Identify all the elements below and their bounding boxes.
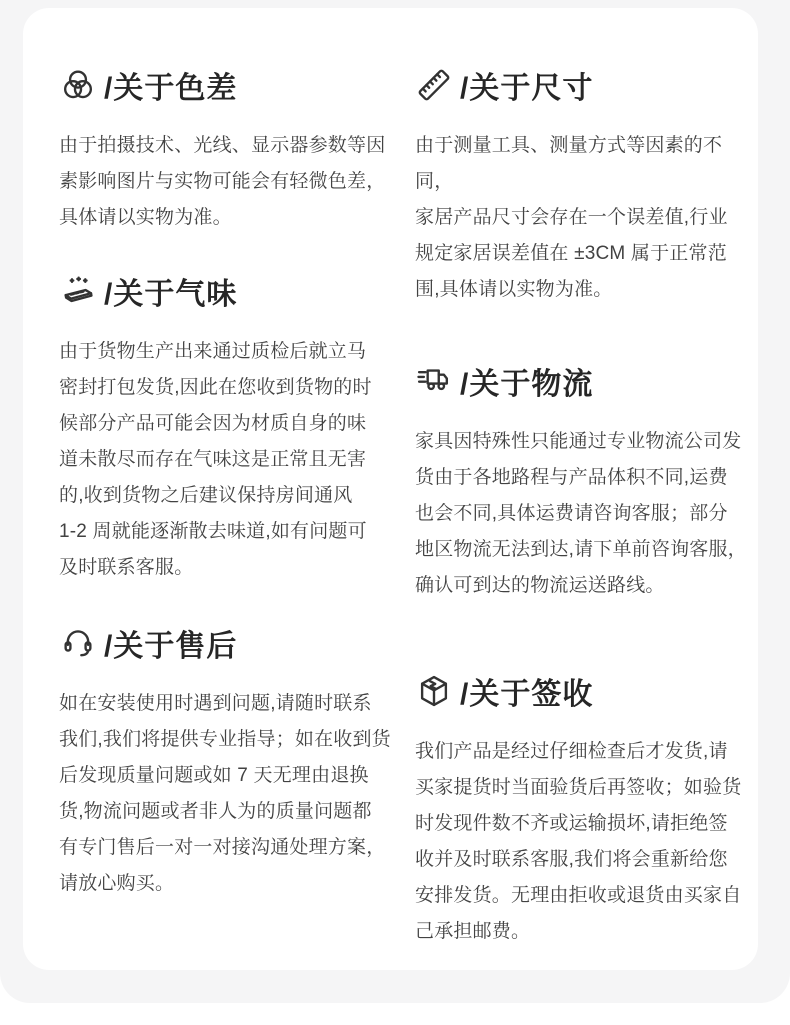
section-body: 如在安装使用时遇到问题,请随时联系 我们,我们将提供专业指导；如在收到货 后发现…	[59, 686, 415, 902]
section-body: 家具因特殊性只能通过专业物流公司发 货由于各地路程与产品体积不同,运费 也会不同…	[415, 424, 758, 604]
section-title: /关于签收	[460, 669, 593, 713]
section-smell-header: /关于气味	[59, 270, 415, 312]
right-column: /关于尺寸 由于测量工具、测量方式等因素的不同， 家居产品尺寸会存在一个误差值,…	[415, 64, 758, 970]
delivery-truck-icon	[415, 362, 453, 400]
section-after-sale: /关于售后 如在安装使用时遇到问题,请随时联系 我们,我们将提供专业指导；如在收…	[59, 622, 415, 902]
section-size: /关于尺寸 由于测量工具、测量方式等因素的不同， 家居产品尺寸会存在一个误差值,…	[415, 64, 758, 308]
faq-panel: /关于色差 由于拍摄技术、光线、显示器参数等因 素影响图片与实物可能会有轻微色差…	[0, 0, 790, 1003]
section-color-difference: /关于色差 由于拍摄技术、光线、显示器参数等因 素影响图片与实物可能会有轻微色差…	[59, 64, 415, 236]
section-body: 由于测量工具、测量方式等因素的不同， 家居产品尺寸会存在一个误差值,行业 规定家…	[415, 128, 758, 308]
section-logistics-header: /关于物流	[415, 360, 758, 402]
section-title: /关于售后	[104, 621, 237, 665]
section-title: /关于气味	[104, 269, 237, 313]
section-receipt-header: /关于签收	[415, 670, 758, 712]
section-after-sale-header: /关于售后	[59, 622, 415, 664]
section-size-header: /关于尺寸	[415, 64, 758, 106]
headset-icon	[59, 624, 97, 662]
color-circles-icon	[59, 66, 97, 104]
odor-mat-icon	[59, 272, 97, 310]
section-logistics: /关于物流 家具因特殊性只能通过专业物流公司发 货由于各地路程与产品体积不同,运…	[415, 360, 758, 604]
section-body: 由于货物生产出来通过质检后就立马 密封打包发货,因此在您收到货物的时 候部分产品…	[59, 334, 415, 586]
section-body: 由于拍摄技术、光线、显示器参数等因 素影响图片与实物可能会有轻微色差， 具体请以…	[59, 128, 415, 236]
left-column: /关于色差 由于拍摄技术、光线、显示器参数等因 素影响图片与实物可能会有轻微色差…	[59, 64, 415, 970]
section-title: /关于物流	[460, 359, 593, 403]
section-receipt: /关于签收 我们产品是经过仔细检查后才发货,请 买家提货时当面验货后再签收；如验…	[415, 670, 758, 950]
section-body: 我们产品是经过仔细检查后才发货,请 买家提货时当面验货后再签收；如验货 时发现件…	[415, 734, 758, 950]
faq-card: /关于色差 由于拍摄技术、光线、显示器参数等因 素影响图片与实物可能会有轻微色差…	[23, 8, 758, 970]
ruler-icon	[415, 66, 453, 104]
section-smell: /关于气味 由于货物生产出来通过质检后就立马 密封打包发货,因此在您收到货物的时…	[59, 270, 415, 586]
section-color-difference-header: /关于色差	[59, 64, 415, 106]
section-title: /关于尺寸	[460, 63, 593, 107]
package-box-icon	[415, 672, 453, 710]
section-title: /关于色差	[104, 63, 237, 107]
